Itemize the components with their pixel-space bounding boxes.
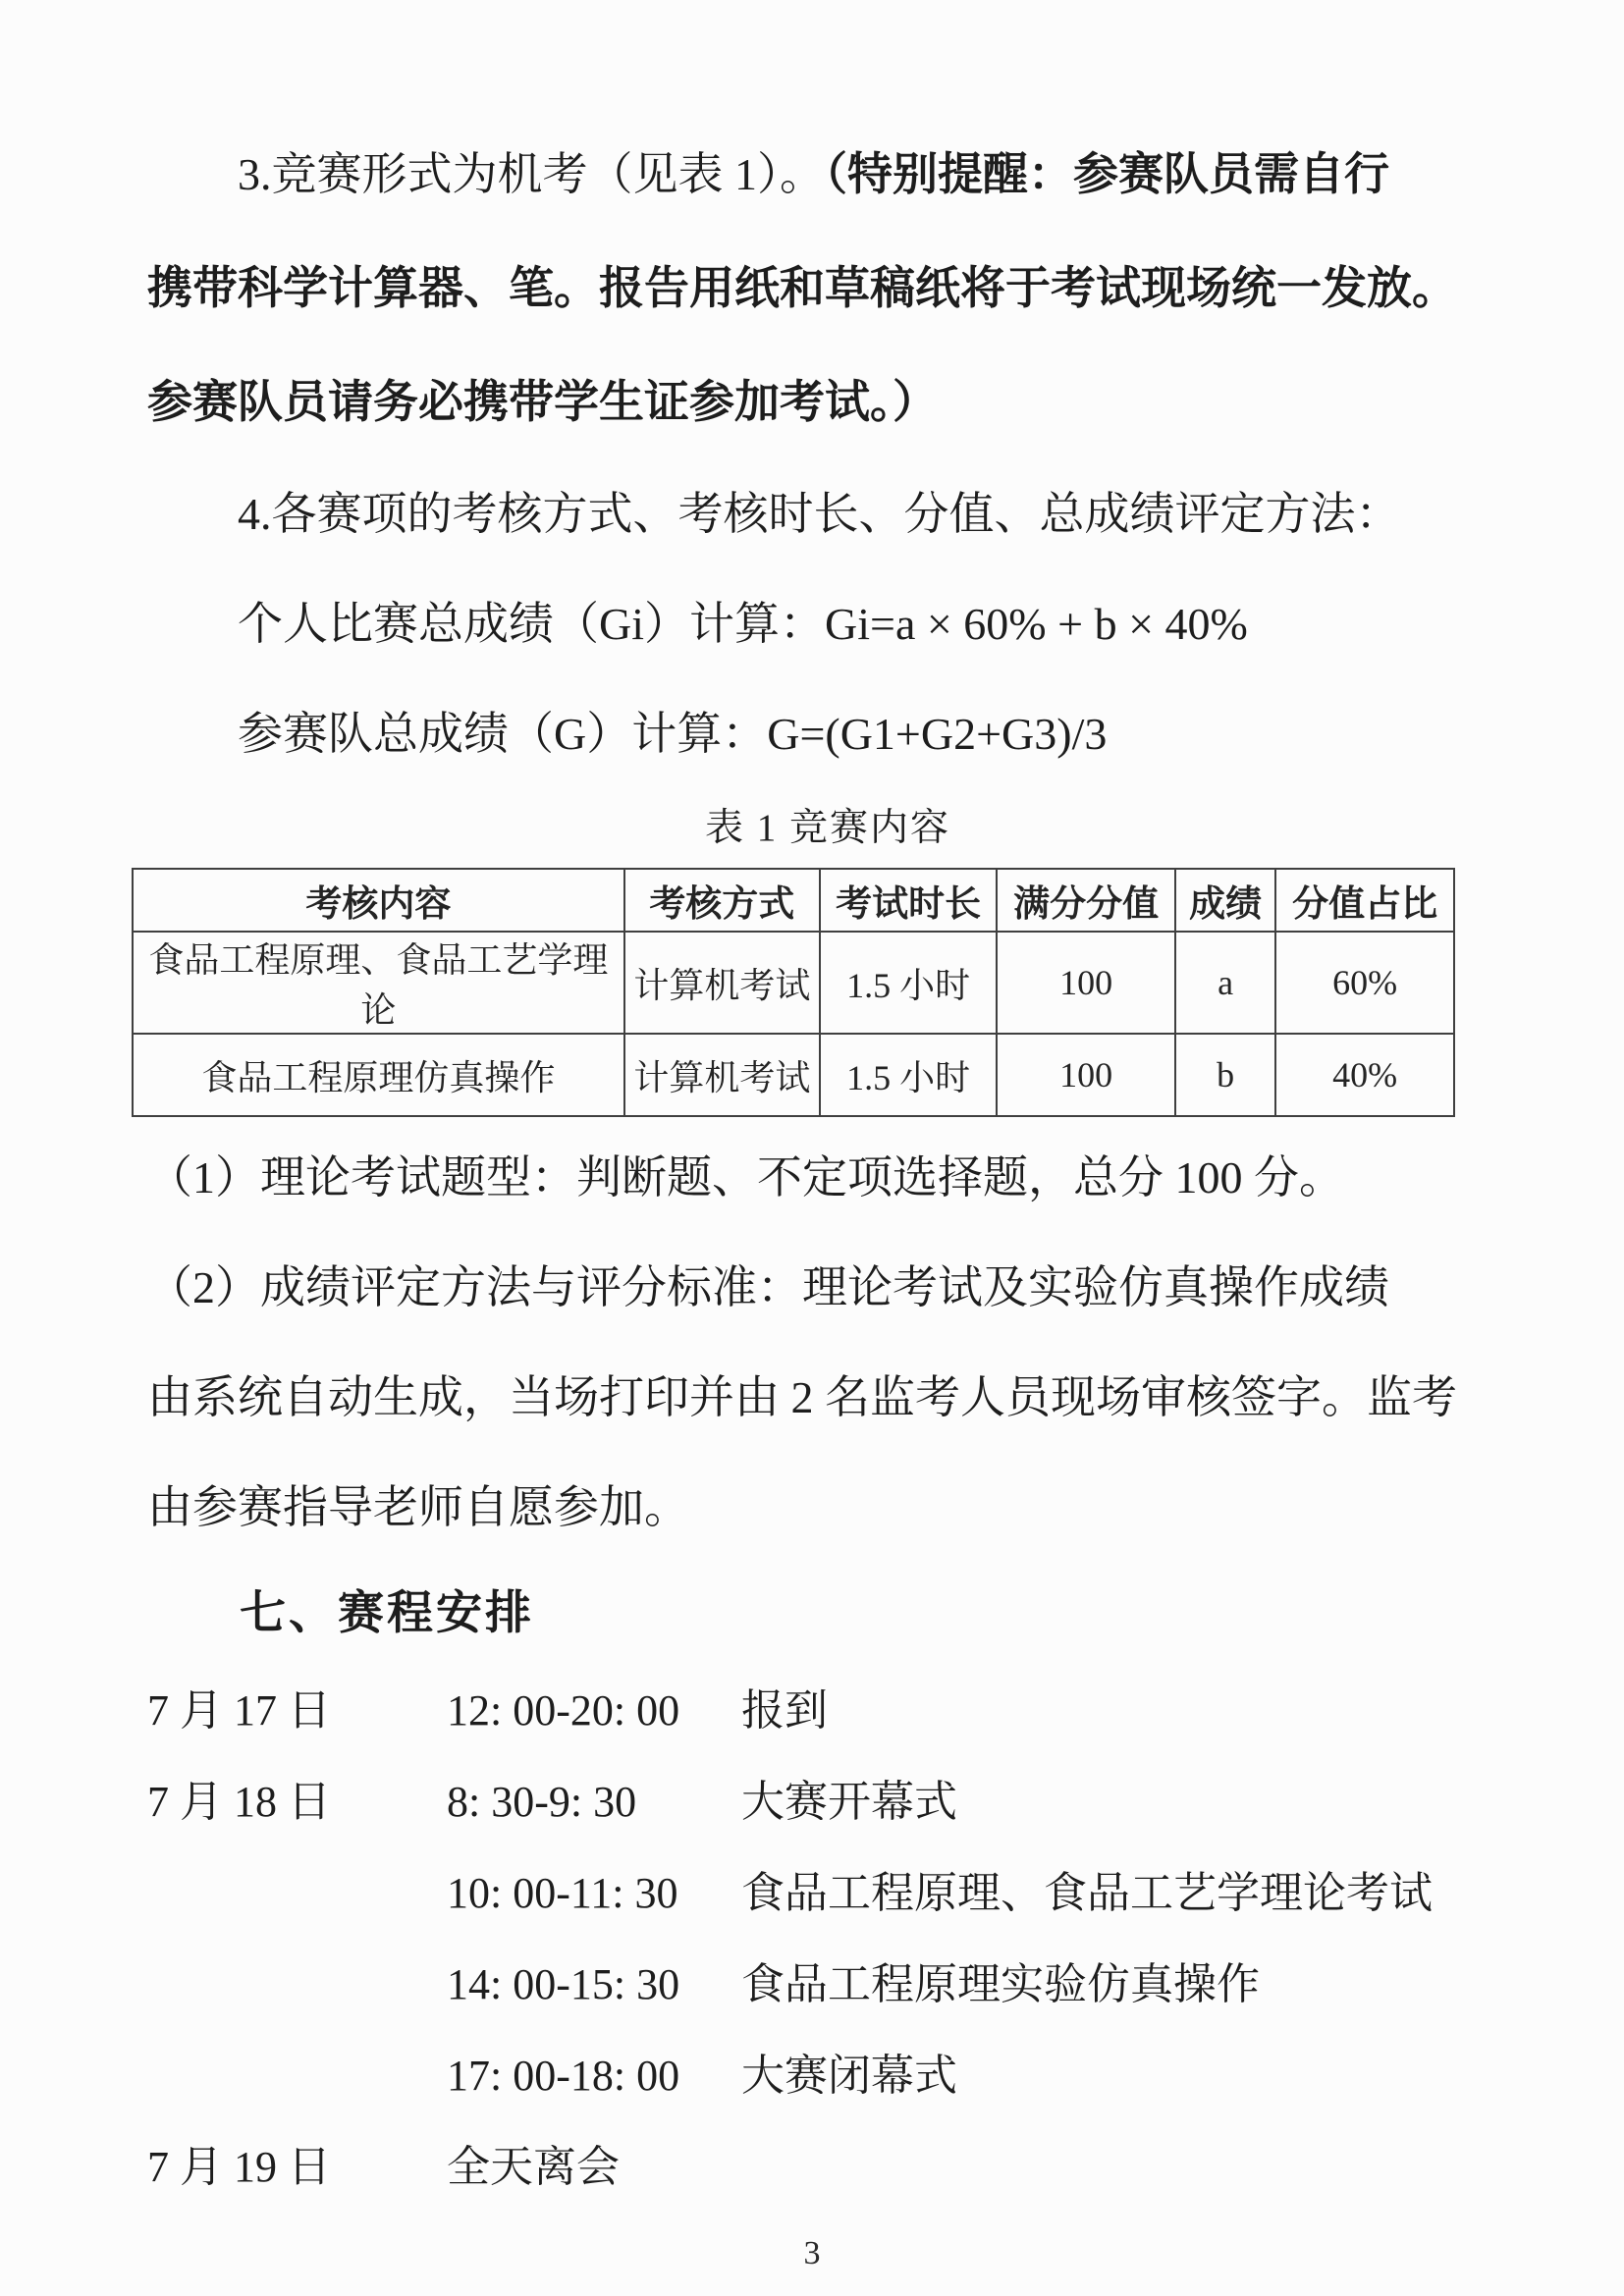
formula-individual-score: 个人比赛总成绩（Gi）计算：Gi=a × 60% + b × 40% bbox=[147, 569, 1508, 679]
document-page: 3.竞赛形式为机考（见表 1）。（特别提醒：参赛队员需自行 携带科学计算器、笔。… bbox=[0, 0, 1624, 2296]
page-content: 3.竞赛形式为机考（见表 1）。（特别提醒：参赛队员需自行 携带科学计算器、笔。… bbox=[147, 118, 1508, 2213]
table-header-row: 考核内容 考核方式 考试时长 满分分值 成绩 分值占比 bbox=[133, 869, 1454, 932]
table-cell: 60% bbox=[1275, 932, 1454, 1034]
schedule-time: 8: 30-9: 30 bbox=[447, 1756, 741, 1847]
paragraph-3-lead: 3.竞赛形式为机考（见表 1）。 bbox=[238, 149, 825, 199]
schedule-time: 12: 00-20: 00 bbox=[447, 1665, 741, 1756]
note-2-line-1: （2）成绩评定方法与评分标准：理论考试及实验仿真操作成绩 bbox=[147, 1233, 1508, 1343]
table-cell: 40% bbox=[1275, 1034, 1454, 1116]
note-2-line-3: 由参赛指导老师自愿参加。 bbox=[147, 1453, 1508, 1563]
schedule-list: 7 月 17 日 12: 00-20: 00 报到 7 月 18 日 8: 30… bbox=[147, 1665, 1508, 2213]
paragraph-3-line-2: 携带科学计算器、笔。报告用纸和草稿纸将于考试现场统一发放。 bbox=[147, 232, 1508, 346]
schedule-date: 7 月 17 日 bbox=[147, 1665, 447, 1756]
note-1: （1）理论考试题型：判断题、不定项选择题，总分 100 分。 bbox=[147, 1123, 1508, 1233]
table-cell: 100 bbox=[997, 932, 1175, 1034]
competition-content-table: 考核内容 考核方式 考试时长 满分分值 成绩 分值占比 食品工程原理、食品工艺学… bbox=[132, 868, 1455, 1117]
table-cell: 食品工程原理仿真操作 bbox=[133, 1034, 624, 1116]
schedule-row: 14: 00-15: 30 食品工程原理实验仿真操作 bbox=[147, 1939, 1508, 2030]
table-cell: 1.5 小时 bbox=[820, 1034, 997, 1116]
table-caption: 表 1 竞赛内容 bbox=[147, 789, 1508, 868]
paragraph-4: 4.各赛项的考核方式、考核时长、分值、总成绩评定方法： bbox=[147, 459, 1508, 569]
schedule-row: 7 月 18 日 8: 30-9: 30 大赛开幕式 bbox=[147, 1756, 1508, 1847]
header-score-weight: 分值占比 bbox=[1275, 869, 1454, 932]
schedule-event: 食品工程原理、食品工艺学理论考试 bbox=[741, 1847, 1508, 1939]
table-cell: 食品工程原理、食品工艺学理论 bbox=[133, 932, 624, 1034]
section-7-heading: 七、赛程安排 bbox=[147, 1563, 1508, 1665]
formula-team-score: 参赛队总成绩（G）计算：G=(G1+G2+G3)/3 bbox=[147, 679, 1508, 789]
schedule-row: 17: 00-18: 00 大赛闭幕式 bbox=[147, 2030, 1508, 2121]
paragraph-3-line-3: 参赛队员请务必携带学生证参加考试。） bbox=[147, 346, 1508, 459]
schedule-date bbox=[147, 1847, 447, 1939]
paragraph-3-line-1: 3.竞赛形式为机考（见表 1）。（特别提醒：参赛队员需自行 bbox=[147, 118, 1508, 232]
schedule-row: 7 月 17 日 12: 00-20: 00 报到 bbox=[147, 1665, 1508, 1756]
table-cell: a bbox=[1175, 932, 1275, 1034]
header-full-score: 满分分值 bbox=[997, 869, 1175, 932]
table-cell: b bbox=[1175, 1034, 1275, 1116]
table-cell: 计算机考试 bbox=[624, 932, 820, 1034]
schedule-row: 7 月 19 日 全天离会 bbox=[147, 2121, 1508, 2213]
schedule-time: 全天离会 bbox=[447, 2121, 741, 2213]
schedule-event: 食品工程原理实验仿真操作 bbox=[741, 1939, 1508, 2030]
schedule-event bbox=[741, 2121, 1508, 2213]
table-cell: 计算机考试 bbox=[624, 1034, 820, 1116]
schedule-date: 7 月 19 日 bbox=[147, 2121, 447, 2213]
header-assessment-content: 考核内容 bbox=[133, 869, 624, 932]
schedule-event: 大赛开幕式 bbox=[741, 1756, 1508, 1847]
schedule-event: 大赛闭幕式 bbox=[741, 2030, 1508, 2121]
paragraph-3-bold-start: （特别提醒：参赛队员需自行 bbox=[825, 149, 1389, 199]
schedule-time: 14: 00-15: 30 bbox=[447, 1939, 741, 2030]
table-cell: 100 bbox=[997, 1034, 1175, 1116]
header-score: 成绩 bbox=[1175, 869, 1275, 932]
schedule-row: 10: 00-11: 30 食品工程原理、食品工艺学理论考试 bbox=[147, 1847, 1508, 1939]
table-row: 食品工程原理仿真操作 计算机考试 1.5 小时 100 b 40% bbox=[133, 1034, 1454, 1116]
table-row: 食品工程原理、食品工艺学理论 计算机考试 1.5 小时 100 a 60% bbox=[133, 932, 1454, 1034]
schedule-date bbox=[147, 2030, 447, 2121]
page-number: 3 bbox=[0, 2235, 1624, 2272]
schedule-time: 17: 00-18: 00 bbox=[447, 2030, 741, 2121]
table-cell: 1.5 小时 bbox=[820, 932, 997, 1034]
schedule-event: 报到 bbox=[741, 1665, 1508, 1756]
header-exam-duration: 考试时长 bbox=[820, 869, 997, 932]
schedule-time: 10: 00-11: 30 bbox=[447, 1847, 741, 1939]
schedule-date: 7 月 18 日 bbox=[147, 1756, 447, 1847]
header-assessment-method: 考核方式 bbox=[624, 869, 820, 932]
note-2-line-2: 由系统自动生成，当场打印并由 2 名监考人员现场审核签字。监考 bbox=[147, 1343, 1508, 1453]
schedule-date bbox=[147, 1939, 447, 2030]
